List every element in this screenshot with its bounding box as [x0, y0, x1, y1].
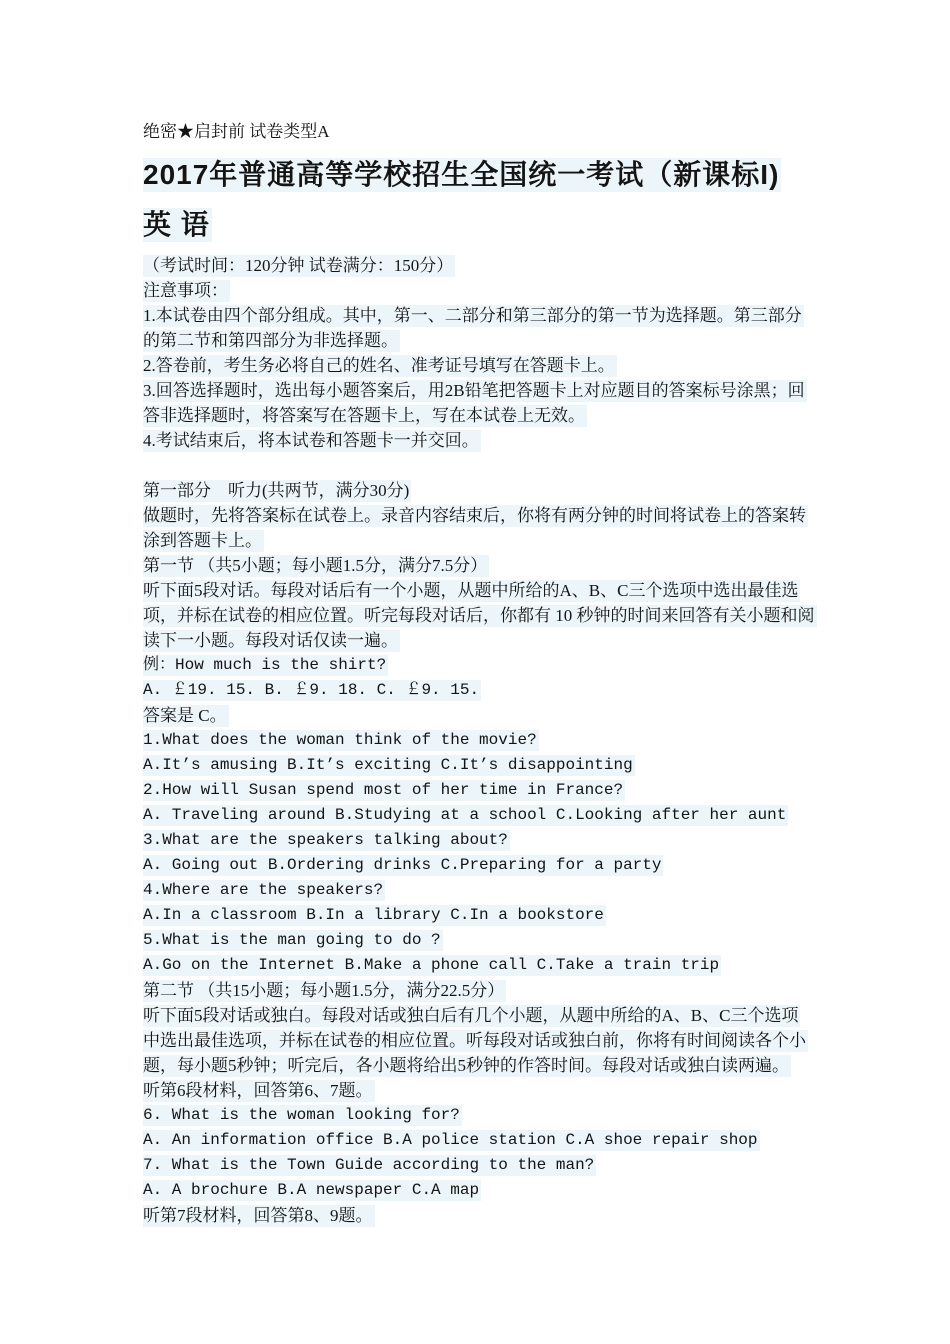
line-text: 3.What are the speakers talking about? — [143, 830, 510, 851]
line-text: 听下面5段对话。每段对话后有一个小题，从题中所给的A、B、C三个选项中选出最佳选 — [143, 580, 800, 602]
text-line-body: 2.答卷前，考生务必将自己的姓名、准考证号填写在答题卡上。 — [143, 353, 820, 378]
text-line-body: 答非选择题时，将答案写在答题卡上，写在本试卷上无效。 — [143, 403, 820, 428]
text-line-body: 项，并标在试卷的相应位置。听完每段对话后，你都有 10 秒钟的时间来回答有关小题… — [143, 603, 820, 628]
text-line-en: 5.What is the man going to do ? — [143, 928, 820, 953]
line-text: 听下面5段对话或独白。每段对话或独白后有几个小题，从题中所给的A、B、C三个选项 — [143, 1005, 800, 1027]
line-text: 7. What is the Town Guide according to t… — [143, 1155, 596, 1176]
line-text: 6. What is the woman looking for? — [143, 1105, 462, 1126]
text-line-body: 听下面5段对话或独白。每段对话或独白后有几个小题，从题中所给的A、B、C三个选项 — [143, 1003, 820, 1028]
text-line-en: A. Traveling around B.Studying at a scho… — [143, 803, 820, 828]
text-line-en: 3.What are the speakers talking about? — [143, 828, 820, 853]
line-text: 答非选择题时，将答案写在答题卡上，写在本试卷上无效。 — [143, 405, 587, 427]
text-line-meta: 绝密★启封前 试卷类型A — [143, 122, 820, 142]
text-line-subject: 英 语 — [143, 206, 820, 244]
line-text: 做题时，先将答案标在试卷上。录音内容结束后，你将有两分钟的时间将试卷上的答案转 — [143, 505, 808, 527]
text-line-body: 1.本试卷由四个部分组成。其中，第一、二部分和第三部分的第一节为选择题。第三部分 — [143, 303, 820, 328]
text-line-en: A.Go on the Internet B.Make a phone call… — [143, 953, 820, 978]
line-text: 中选出最佳选项，并标在试卷的相应位置。听每段对话或独白前，你将有时间阅读各个小 — [143, 1030, 808, 1052]
line-text: A. An information office B.A police stat… — [143, 1130, 760, 1151]
line-text: A.Go on the Internet B.Make a phone call… — [143, 955, 721, 976]
text-line-body: 听第6段材料，回答第6、7题。 — [143, 1078, 820, 1103]
line-text: （考试时间：120分钟 试卷满分：150分） — [143, 255, 455, 277]
line-text: 注意事项： — [143, 280, 230, 302]
text-line-en: A.It’s amusing B.It’s exciting C.It’s di… — [143, 753, 820, 778]
text-line-en: 4.Where are the speakers? — [143, 878, 820, 903]
line-text: 第一部分 听力(共两节，满分30分) — [143, 480, 411, 502]
line-text: 项，并标在试卷的相应位置。听完每段对话后，你都有 10 秒钟的时间来回答有关小题… — [143, 605, 817, 627]
line-text: 绝密★启封前 试卷类型A — [143, 122, 330, 141]
text-line-body: 涂到答题卡上。 — [143, 528, 820, 553]
text-line-en: 2.How will Susan spend most of her time … — [143, 778, 820, 803]
text-line-en: A. An information office B.A police stat… — [143, 1128, 820, 1153]
text-line-body: 答案是 C。 — [143, 703, 820, 728]
text-line-title: 2017年普通高等学校招生全国统一考试（新课标I) — [143, 156, 820, 194]
line-text: 2.答卷前，考生务必将自己的姓名、准考证号填写在答题卡上。 — [143, 355, 617, 377]
text-line-body: 4.考试结束后，将本试卷和答题卡一并交回。 — [143, 428, 820, 453]
text-line-body: 读下一小题。每段对话仅读一遍。 — [143, 628, 820, 653]
line-text: A. Traveling around B.Studying at a scho… — [143, 805, 788, 826]
text-line-en: A.In a classroom B.In a library C.In a b… — [143, 903, 820, 928]
line-text: 答案是 C。 — [143, 705, 229, 727]
line-text: A.It’s amusing B.It’s exciting C.It’s di… — [143, 755, 635, 776]
line-text: 2017年普通高等学校招生全国统一考试（新课标I) — [143, 158, 781, 192]
line-text: 1.What does the woman think of the movie… — [143, 730, 539, 751]
line-text: 5.What is the man going to do ? — [143, 930, 443, 951]
line-text: 2.How will Susan spend most of her time … — [143, 780, 625, 801]
text-line-body: 中选出最佳选项，并标在试卷的相应位置。听每段对话或独白前，你将有时间阅读各个小 — [143, 1028, 820, 1053]
text-line-en: A. ￡19. 15. B. ￡9. 18. C. ￡9. 15. — [143, 678, 820, 703]
line-text: 听第7段材料，回答第8、9题。 — [143, 1205, 375, 1227]
line-text: 听第6段材料，回答第6、7题。 — [143, 1080, 375, 1102]
text-line-body: 的第二节和第四部分为非选择题。 — [143, 328, 820, 353]
text-line-en: 1.What does the woman think of the movie… — [143, 728, 820, 753]
line-text: 4.考试结束后，将本试卷和答题卡一并交回。 — [143, 430, 481, 452]
line-text: 题，每小题5秒钟；听完后，各小题将给出5秒钟的作答时间。每段对话或独白读两遍。 — [143, 1055, 791, 1077]
text-line-en: 6. What is the woman looking for? — [143, 1103, 820, 1128]
blank-line — [143, 453, 820, 478]
text-line-body: 第一节 （共5小题；每小题1.5分，满分7.5分） — [143, 553, 820, 578]
text-line-en: 7. What is the Town Guide according to t… — [143, 1153, 820, 1178]
line-text: A. Going out B.Ordering drinks C.Prepari… — [143, 855, 663, 876]
line-text: 1.本试卷由四个部分组成。其中，第一、二部分和第三部分的第一节为选择题。第三部分 — [143, 305, 804, 327]
text-line-body: 听第7段材料，回答第8、9题。 — [143, 1203, 820, 1228]
text-line-body: 注意事项： — [143, 278, 820, 303]
line-text: 3.回答选择题时，选出每小题答案后，用2B铅笔把答题卡上对应题目的答案标号涂黑；… — [143, 380, 807, 402]
text-line-en: A. A brochure B.A newspaper C.A map — [143, 1178, 820, 1203]
line-text: 第二节 （共15小题；每小题1.5分，满分22.5分） — [143, 980, 506, 1002]
line-text: 涂到答题卡上。 — [143, 530, 264, 552]
line-text: 英 语 — [143, 208, 212, 242]
line-text: 4.Where are the speakers? — [143, 880, 385, 901]
text-line-body: （考试时间：120分钟 试卷满分：150分） — [143, 253, 820, 278]
text-line-body: 第一部分 听力(共两节，满分30分) — [143, 478, 820, 503]
text-line-body: 听下面5段对话。每段对话后有一个小题，从题中所给的A、B、C三个选项中选出最佳选 — [143, 578, 820, 603]
exam-document: 绝密★启封前 试卷类型A2017年普通高等学校招生全国统一考试（新课标I)英 语… — [0, 0, 950, 1344]
line-text: 读下一小题。每段对话仅读一遍。 — [143, 630, 400, 652]
text-line-body: 3.回答选择题时，选出每小题答案后，用2B铅笔把答题卡上对应题目的答案标号涂黑；… — [143, 378, 820, 403]
text-line-body: 第二节 （共15小题；每小题1.5分，满分22.5分） — [143, 978, 820, 1003]
text-line-en: A. Going out B.Ordering drinks C.Prepari… — [143, 853, 820, 878]
text-line-en: 例：How much is the shirt? — [143, 653, 820, 678]
text-line-body: 做题时，先将答案标在试卷上。录音内容结束后，你将有两分钟的时间将试卷上的答案转 — [143, 503, 820, 528]
text-line-body: 题，每小题5秒钟；听完后，各小题将给出5秒钟的作答时间。每段对话或独白读两遍。 — [143, 1053, 820, 1078]
line-text: A.In a classroom B.In a library C.In a b… — [143, 905, 606, 926]
line-text: A. A brochure B.A newspaper C.A map — [143, 1180, 481, 1201]
line-text: 第一节 （共5小题；每小题1.5分，满分7.5分） — [143, 555, 489, 577]
line-text: A. ￡19. 15. B. ￡9. 18. C. ￡9. 15. — [143, 680, 481, 701]
line-text: 例：How much is the shirt? — [143, 655, 388, 676]
line-text: 的第二节和第四部分为非选择题。 — [143, 330, 400, 352]
